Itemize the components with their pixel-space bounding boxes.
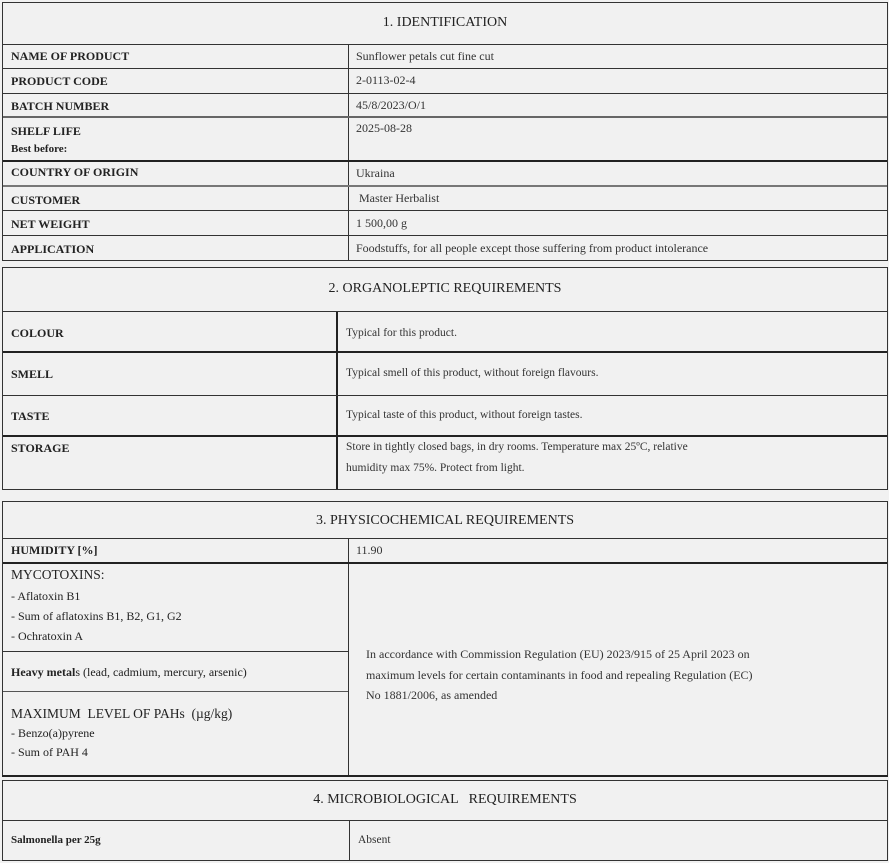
label: CUSTOMER bbox=[11, 193, 80, 208]
value: 11.90 bbox=[356, 543, 383, 558]
row-smell: SMELL Typical smell of this product, wit… bbox=[3, 353, 887, 396]
regulation-line-2: maximum levels for certain contaminants … bbox=[366, 668, 753, 683]
mycotoxin-item: - Ochratoxin A bbox=[11, 628, 83, 644]
label: HUMIDITY [%] bbox=[11, 543, 98, 558]
label: APPLICATION bbox=[11, 242, 94, 257]
value: Typical taste of this product, without f… bbox=[346, 409, 583, 421]
row-name-of-product: NAME OF PRODUCT Sunflower petals cut fin… bbox=[3, 45, 887, 69]
regulation-line-3: No 1881/2006, as amended bbox=[366, 688, 497, 703]
mycotoxin-item: - Aflatoxin B1 bbox=[11, 588, 80, 604]
label: COLOUR bbox=[11, 326, 64, 341]
mycotoxins-cell: MYCOTOXINS: - Aflatoxin B1 - Sum of afla… bbox=[3, 564, 348, 652]
organoleptic-title-text: 2. ORGANOLEPTIC REQUIREMENTS bbox=[329, 281, 562, 296]
heavy-metals-cell: Heavy metals (lead, cadmium, mercury, ar… bbox=[3, 652, 348, 692]
row-net-weight: NET WEIGHT 1 500,00 g bbox=[3, 211, 887, 236]
label: NET WEIGHT bbox=[11, 217, 90, 232]
column-divider bbox=[348, 539, 349, 775]
label: COUNTRY OF ORIGIN bbox=[11, 165, 138, 180]
colon: : bbox=[101, 567, 105, 582]
microbiological-section: 4. MICROBIOLOGICAL REQUIREMENTS Salmonel… bbox=[2, 780, 888, 861]
pah-label: MAXIMUM LEVEL OF PAHs (µg/kg) bbox=[11, 706, 232, 722]
physicochemical-title: 3. PHYSICOCHEMICAL REQUIREMENTS bbox=[3, 502, 887, 539]
physicochemical-section: 3. PHYSICOCHEMICAL REQUIREMENTS HUMIDITY… bbox=[2, 501, 888, 776]
value: Foodstuffs, for all people except those … bbox=[356, 241, 708, 256]
identification-title: 1. IDENTIFICATION bbox=[3, 3, 887, 45]
value: 2-0113-02-4 bbox=[356, 73, 416, 88]
row-product-code: PRODUCT CODE 2-0113-02-4 bbox=[3, 69, 887, 94]
heavy-metals-bold: Heavy metal bbox=[11, 665, 75, 679]
value: Ukraina bbox=[356, 166, 395, 181]
row-customer: CUSTOMER Master Herbalist bbox=[3, 187, 887, 211]
microbiological-title: 4. MICROBIOLOGICAL REQUIREMENTS bbox=[3, 781, 887, 821]
value-line-2: humidity max 75%. Protect from light. bbox=[346, 462, 525, 474]
value: 2025-08-28 bbox=[356, 121, 412, 136]
value: Sunflower petals cut fine cut bbox=[356, 49, 494, 64]
organoleptic-title: 2. ORGANOLEPTIC REQUIREMENTS bbox=[3, 268, 887, 312]
regulation-cell: In accordance with Commission Regulation… bbox=[350, 564, 887, 774]
heavy-metals-label: Heavy metals (lead, cadmium, mercury, ar… bbox=[11, 664, 247, 680]
value: Typical smell of this product, without f… bbox=[346, 367, 598, 379]
regulation-line-1: In accordance with Commission Regulation… bbox=[366, 647, 750, 662]
row-storage: STORAGE Store in tightly closed bags, in… bbox=[3, 437, 887, 489]
value: Typical for this product. bbox=[346, 327, 457, 339]
section-3-bottom-rule bbox=[2, 775, 888, 777]
pah-cell: MAXIMUM LEVEL OF PAHs (µg/kg) - Benzo(a)… bbox=[3, 692, 348, 774]
label: SMELL bbox=[11, 367, 53, 382]
mycotoxins-label: MYCOTOXINS: bbox=[11, 567, 105, 583]
row-country-of-origin: COUNTRY OF ORIGIN Ukraina bbox=[3, 162, 887, 187]
value: Master Herbalist bbox=[359, 191, 439, 206]
pah-item: - Sum of PAH 4 bbox=[11, 744, 88, 760]
label: PRODUCT CODE bbox=[11, 74, 108, 89]
physicochemical-title-text: 3. PHYSICOCHEMICAL REQUIREMENTS bbox=[316, 513, 574, 528]
organoleptic-section: 2. ORGANOLEPTIC REQUIREMENTS COLOUR Typi… bbox=[2, 267, 888, 490]
row-application: APPLICATION Foodstuffs, for all people e… bbox=[3, 236, 887, 260]
pah-item: - Benzo(a)pyrene bbox=[11, 725, 95, 741]
row-batch-number: BATCH NUMBER 45/8/2023/O/1 bbox=[3, 94, 887, 118]
mycotoxins-label-text: MYCOTOXINS bbox=[11, 567, 101, 582]
identification-title-text: 1. IDENTIFICATION bbox=[383, 15, 507, 30]
value: 1 500,00 g bbox=[356, 216, 407, 231]
row-salmonella: Salmonella per 25g Absent bbox=[3, 821, 887, 860]
identification-section: 1. IDENTIFICATION NAME OF PRODUCT Sunflo… bbox=[2, 2, 888, 261]
mycotoxin-item: - Sum of aflatoxins B1, B2, G1, G2 bbox=[11, 608, 182, 624]
label: SHELF LIFE bbox=[11, 124, 81, 139]
microbiological-title-text: 4. MICROBIOLOGICAL REQUIREMENTS bbox=[313, 792, 577, 807]
label: BATCH NUMBER bbox=[11, 99, 109, 114]
label: NAME OF PRODUCT bbox=[11, 49, 129, 64]
label: TASTE bbox=[11, 409, 49, 424]
sublabel: Best before: bbox=[11, 143, 67, 155]
value: Absent bbox=[358, 834, 391, 846]
value: 45/8/2023/O/1 bbox=[356, 98, 426, 113]
label: Salmonella per 25g bbox=[11, 834, 101, 846]
row-humidity: HUMIDITY [%] 11.90 bbox=[3, 539, 887, 564]
row-taste: TASTE Typical taste of this product, wit… bbox=[3, 396, 887, 437]
row-colour: COLOUR Typical for this product. bbox=[3, 312, 887, 353]
heavy-metals-rest: s (lead, cadmium, mercury, arsenic) bbox=[75, 665, 246, 679]
value-line-1: Store in tightly closed bags, in dry roo… bbox=[346, 441, 688, 453]
label: STORAGE bbox=[11, 441, 69, 456]
row-shelf-life: SHELF LIFE Best before: 2025-08-28 bbox=[3, 118, 887, 162]
